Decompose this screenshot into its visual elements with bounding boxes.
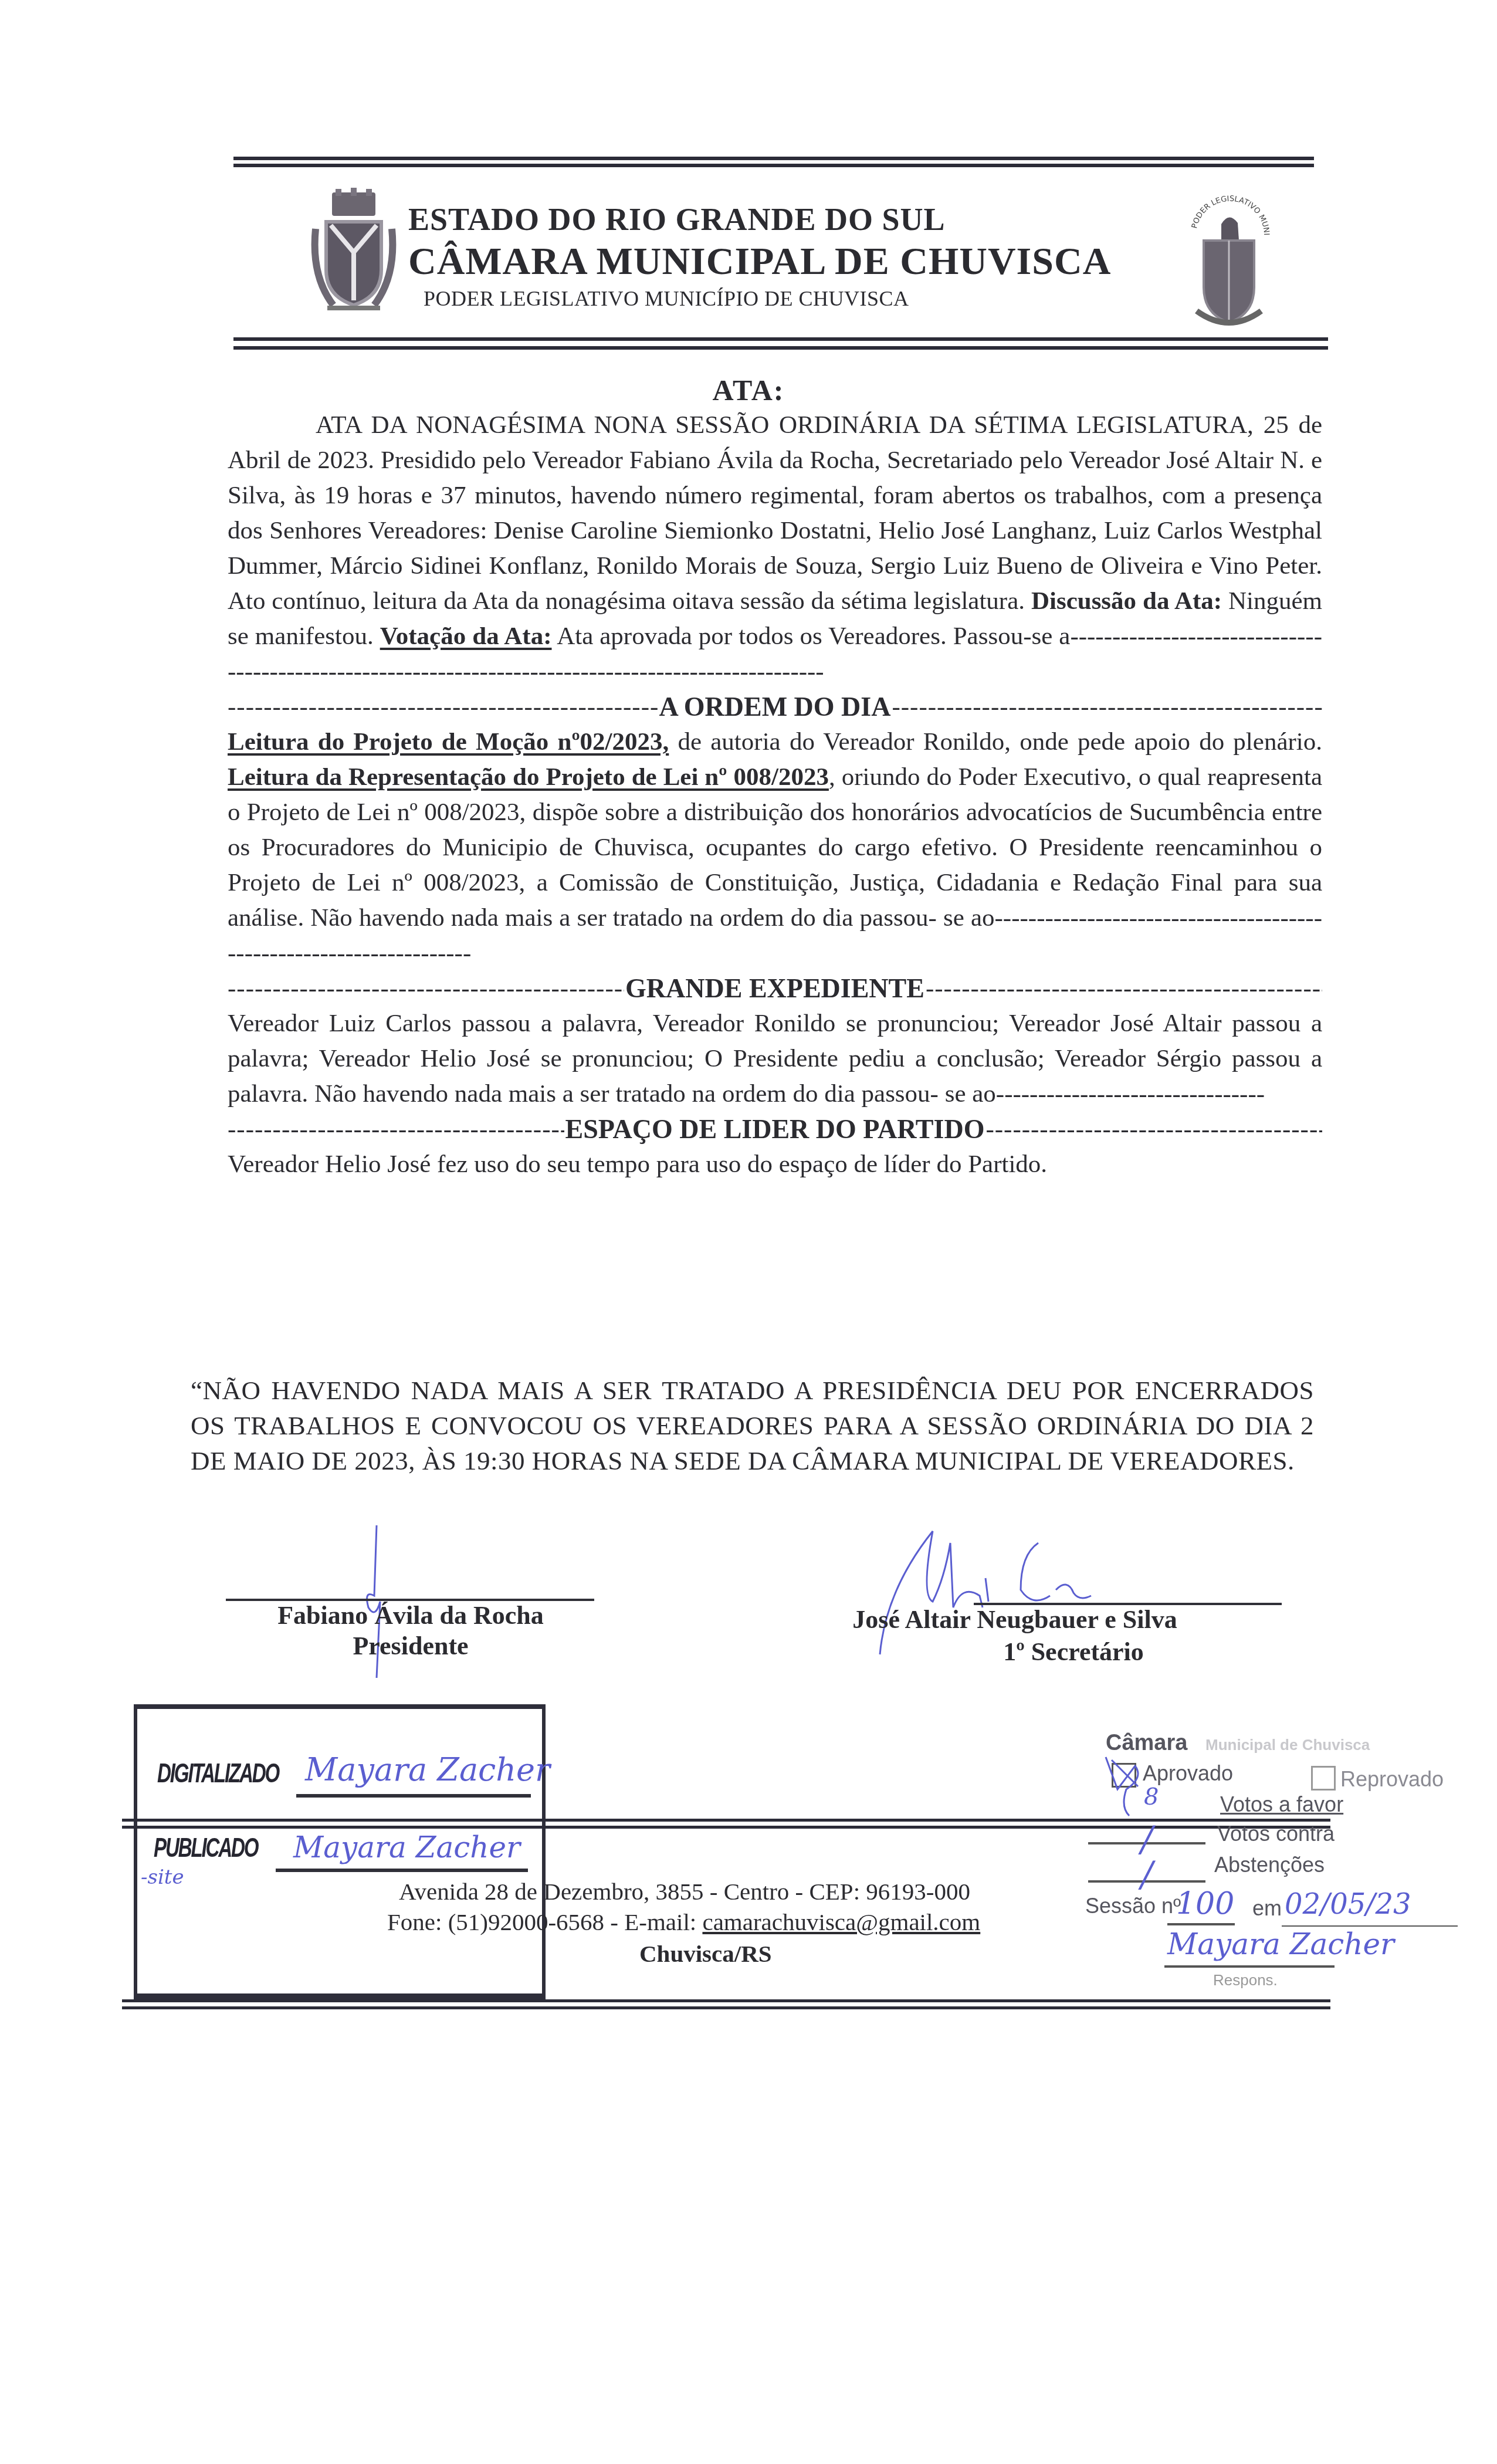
- item2-label: Leitura da Representação do Projeto de L…: [228, 763, 829, 791]
- header-subtitle: PODER LEGISLATIVO MUNICÍPIO DE CHUVISCA: [424, 286, 909, 311]
- approved-label: Aprovado: [1143, 1761, 1233, 1786]
- vote-stamp-header-faded: Municipal de Chuvisca: [1205, 1736, 1370, 1754]
- dash-fill: ----------------------------------------…: [228, 1112, 564, 1147]
- espaco-lider-text: Vereador Helio José fez uso do seu tempo…: [228, 1150, 1047, 1178]
- header-chamber: CÂMARA MUNICIPAL DE CHUVISCA: [408, 239, 1111, 284]
- header-top-rule-1: [233, 157, 1314, 160]
- responsible-signature: Mayara Zacher: [1167, 1927, 1394, 1961]
- session-number-line: [1167, 1923, 1235, 1925]
- votes-for-value: 8: [1144, 1783, 1159, 1810]
- dash-fill: ----------------------------------------…: [985, 1112, 1322, 1147]
- footer-bottom-rule-1: [122, 1999, 1330, 2002]
- session-number: 100: [1176, 1886, 1234, 1921]
- ordem-do-dia-heading: A ORDEM DO DIA: [658, 689, 892, 725]
- date-line: [1282, 1925, 1458, 1927]
- president-role: Presidente: [211, 1631, 610, 1661]
- dash-fill: --------------------------------: [996, 1080, 1265, 1108]
- vote-label: Votação da Ata:: [380, 622, 552, 650]
- legislative-emblem-icon: PODER LEGISLATIVO MUNICIPAL: [1185, 188, 1273, 334]
- section-heading-grande-expediente: ----------------------------------------…: [228, 971, 1322, 1006]
- publicado-signature: Mayara Zacher: [293, 1830, 520, 1864]
- section-heading-espaco-lider: ----------------------------------------…: [228, 1112, 1322, 1147]
- coat-of-arms-icon: [310, 188, 398, 314]
- grande-expediente-heading: GRANDE EXPEDIENTE: [624, 971, 926, 1006]
- header-bottom-rule-2: [233, 346, 1328, 350]
- digitalizado-label: DIGITALIZADO: [157, 1757, 279, 1789]
- publicado-label: PUBLICADO: [154, 1832, 258, 1863]
- opening-paragraph: ATA DA NONAGÉSIMA NONA SESSÃO ORDINÁRIA …: [228, 408, 1322, 1182]
- footer-city: Chuvisca/RS: [639, 1940, 772, 1968]
- ordem-do-dia-paragraph: Leitura do Projeto de Moção nº02/2023, d…: [228, 725, 1322, 971]
- session-label: Sessão nº: [1085, 1894, 1181, 1918]
- president-name: Fabiano Ávila da Rocha: [211, 1600, 610, 1630]
- footer-email[interactable]: camarachuvisca@gmail.com: [702, 1908, 980, 1935]
- responsible-line: [1164, 1965, 1335, 1968]
- digitalizado-line: [296, 1794, 531, 1798]
- vote-stamp-header: Câmara Municipal de Chuvisca: [1106, 1731, 1370, 1756]
- discussion-label: Discussão da Ata:: [1031, 587, 1222, 615]
- dash-fill: ----------------------------------------…: [892, 689, 1322, 725]
- section-heading-ordem-do-dia: ----------------------------------------…: [228, 689, 1322, 725]
- votes-for-label: Votos a favor: [1220, 1792, 1343, 1817]
- opening-text: ATA DA NONAGÉSIMA NONA SESSÃO ORDINÁRIA …: [228, 411, 1322, 615]
- espaco-lider-heading: ESPAÇO DE LIDER DO PARTIDO: [564, 1112, 986, 1147]
- publicado-note: -site: [141, 1866, 184, 1889]
- digitalizado-signature: Mayara Zacher: [305, 1751, 550, 1788]
- item1-text: de autoria do Vereador Ronildo, onde ped…: [669, 728, 1322, 756]
- grande-expediente-paragraph: Vereador Luiz Carlos passou a palavra, V…: [228, 1006, 1322, 1112]
- footer-contact: Fone: (51)92000-6568 - E-mail: camarachu…: [387, 1908, 980, 1936]
- footer-bottom-rule-2: [122, 2006, 1330, 2009]
- document-title: ATA:: [0, 373, 1497, 407]
- vote-text: Ata aprovada por todos os Vereadores. Pa…: [551, 622, 1070, 650]
- dash-fill: ----------------------------------------…: [228, 689, 658, 725]
- abstentions-label: Abstenções: [1214, 1853, 1325, 1877]
- dash-fill: ----------------------------------------…: [228, 971, 624, 1006]
- footer-address: Avenida 28 de Dezembro, 3855 - Centro - …: [399, 1877, 970, 1905]
- date-value: 02/05/23: [1285, 1888, 1411, 1921]
- publicado-line: [276, 1869, 528, 1872]
- rejected-label: Reprovado: [1340, 1767, 1444, 1792]
- votes-against-label: Votos contra: [1217, 1822, 1335, 1846]
- header-bottom-rule-1: [233, 337, 1328, 341]
- dash-fill: ----------------------------------------…: [926, 971, 1322, 1006]
- secretary-name: José Altair Neugbauer e Silva: [810, 1605, 1220, 1634]
- closing-statement: “NÃO HAVENDO NADA MAIS A SER TRATADO A P…: [191, 1373, 1314, 1478]
- date-label: em: [1252, 1896, 1282, 1921]
- responsible-label: Respons.: [1213, 1971, 1278, 1989]
- abstentions-value: /: [1141, 1854, 1153, 1895]
- espaco-lider-paragraph: Vereador Helio José fez uso do seu tempo…: [228, 1147, 1322, 1182]
- footer-phone: Fone: (51)92000-6568 - E-mail:: [387, 1908, 702, 1935]
- header-top-rule-2: [233, 164, 1314, 167]
- vote-stamp-header-text: Câmara: [1106, 1731, 1187, 1755]
- item1-label: Leitura do Projeto de Moção nº02/2023,: [228, 728, 669, 756]
- rejected-checkbox[interactable]: [1311, 1766, 1336, 1791]
- secretary-role: 1º Secretário: [927, 1637, 1220, 1667]
- header-state: ESTADO DO RIO GRANDE DO SUL: [408, 201, 946, 238]
